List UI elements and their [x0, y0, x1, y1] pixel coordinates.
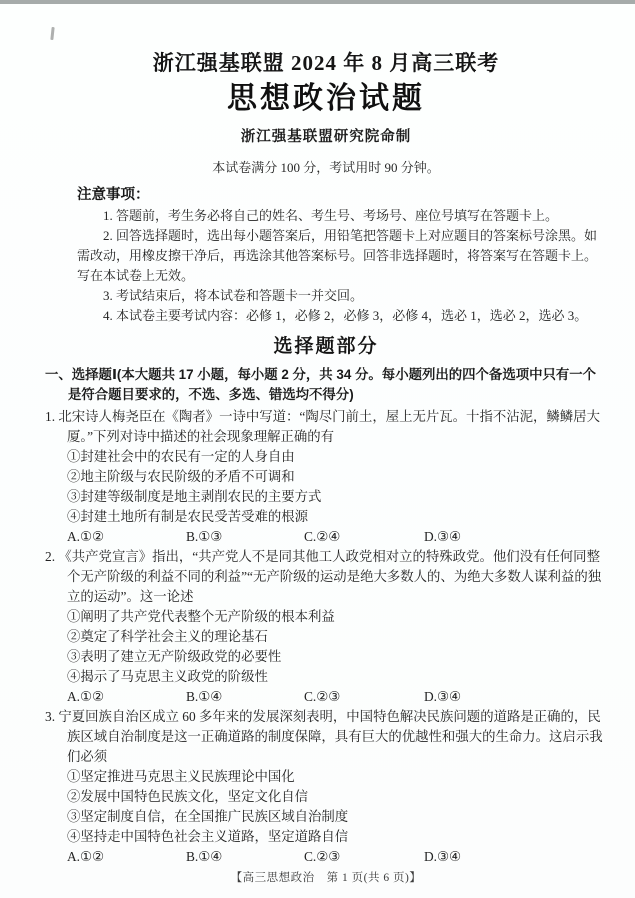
question-1-choice-3: ③封建等级制度是地主剥削农民的主要方式 [67, 487, 607, 507]
notice-item-2: 2. 回答选择题时，选出每小题答案后，用铅笔把答题卡上对应题目的答案标号涂黑。如… [77, 226, 607, 286]
question-3-stem: 3. 宁夏回族自治区成立 60 多年来的发展深刻表明，中国特色解决民族问题的道路… [67, 707, 607, 767]
page-footer: 【高三思想政治 第 1 页(共 6 页)】 [45, 870, 607, 886]
question-2-option-D: D.③④ [424, 687, 607, 707]
question-3-choice-4: ④坚持走中国特色社会主义道路，坚定道路自信 [67, 827, 607, 847]
notice-heading: 注意事项： [77, 185, 607, 206]
exam-title-line2: 思想政治试题 [45, 80, 607, 118]
question-3-choice-1: ①坚定推进马克思主义民族理论中国化 [67, 767, 607, 787]
question-1-option-B: B.①③ [186, 527, 304, 547]
scan-edge-bar [0, 0, 635, 4]
question-1-choice-2: ②地主阶级与农民阶级的矛盾不可调和 [67, 467, 607, 487]
question-1-options-row: A.①②B.①③C.②④D.③④ [67, 527, 607, 547]
notice-item-3: 3. 考试结束后，将本试卷和答题卡一并交回。 [77, 286, 607, 306]
section-instructions: 一、选择题Ⅰ(本大题共 17 小题，每小题 2 分，共 34 分。每小题列出的四… [68, 365, 607, 405]
question-1-option-A: A.①② [67, 527, 186, 547]
question-2-options-row: A.①②B.①④C.②③D.③④ [67, 687, 607, 707]
notice-items: 1. 答题前，考生务必将自己的姓名、考生号、考场号、座位号填写在答题卡上。2. … [77, 206, 607, 326]
question-1-stem: 1. 北宋诗人梅尧臣在《陶者》一诗中写道：“陶尽门前土，屋上无片瓦。十指不沾泥，… [67, 407, 607, 447]
question-3-options-row: A.①②B.①④C.②③D.③④ [67, 847, 607, 867]
questions-list: 1. 北宋诗人梅尧臣在《陶者》一诗中写道：“陶尽门前土，屋上无片瓦。十指不沾泥，… [45, 407, 607, 867]
notice-item-1: 1. 答题前，考生务必将自己的姓名、考生号、考场号、座位号填写在答题卡上。 [77, 206, 607, 226]
question-3-choice-3: ③坚定制度自信，在全国推广民族区域自治制度 [67, 807, 607, 827]
question-2-choice-4: ④揭示了马克思主义政党的阶级性 [67, 667, 607, 687]
question-2-choice-2: ②奠定了科学社会主义的理论基石 [67, 627, 607, 647]
question-2-option-B: B.①④ [186, 687, 304, 707]
notice-section: 注意事项： 1. 答题前，考生务必将自己的姓名、考生号、考场号、座位号填写在答题… [77, 185, 607, 326]
question-3-option-A: A.①② [67, 847, 186, 867]
question-2-option-A: A.①② [67, 687, 186, 707]
question-1-option-D: D.③④ [424, 527, 607, 547]
question-3-option-D: D.③④ [424, 847, 607, 867]
question-1-choice-1: ①封建社会中的农民有一定的人身自由 [67, 447, 607, 467]
exam-title-line1: 浙江强基联盟 2024 年 8 月高三联考 [45, 50, 607, 77]
question-3-choice-2: ②发展中国特色民族文化，坚定文化自信 [67, 787, 607, 807]
question-1: 1. 北宋诗人梅尧臣在《陶者》一诗中写道：“陶尽门前土，屋上无片瓦。十指不沾泥，… [45, 407, 607, 547]
question-3-option-B: B.①④ [186, 847, 304, 867]
exam-paper-page: 浙江强基联盟 2024 年 8 月高三联考 思想政治试题 浙江强基联盟研究院命制… [0, 4, 635, 898]
question-1-choice-4: ④封建土地所有制是农民受苦受难的根源 [67, 507, 607, 527]
question-2: 2. 《共产党宣言》指出，“共产党人不是同其他工人政党相对立的特殊政党。他们没有… [45, 547, 607, 707]
question-2-stem: 2. 《共产党宣言》指出，“共产党人不是同其他工人政党相对立的特殊政党。他们没有… [67, 547, 607, 607]
question-3-option-C: C.②③ [304, 847, 424, 867]
exam-score-duration: 本试卷满分 100 分，考试用时 90 分钟。 [45, 159, 607, 177]
question-2-choice-1: ①阐明了共产党代表整个无产阶级的根本利益 [67, 607, 607, 627]
exam-issuer: 浙江强基联盟研究院命制 [45, 128, 607, 147]
question-2-option-C: C.②③ [304, 687, 424, 707]
notice-item-4: 4. 本试卷主要考试内容：必修 1，必修 2，必修 3，必修 4，选必 1，选必… [77, 306, 607, 326]
question-2-choice-3: ③表明了建立无产阶级政党的必要性 [67, 647, 607, 667]
section-part-heading: 选择题部分 [45, 334, 607, 360]
question-3: 3. 宁夏回族自治区成立 60 多年来的发展深刻表明，中国特色解决民族问题的道路… [45, 707, 607, 867]
question-1-option-C: C.②④ [304, 527, 424, 547]
